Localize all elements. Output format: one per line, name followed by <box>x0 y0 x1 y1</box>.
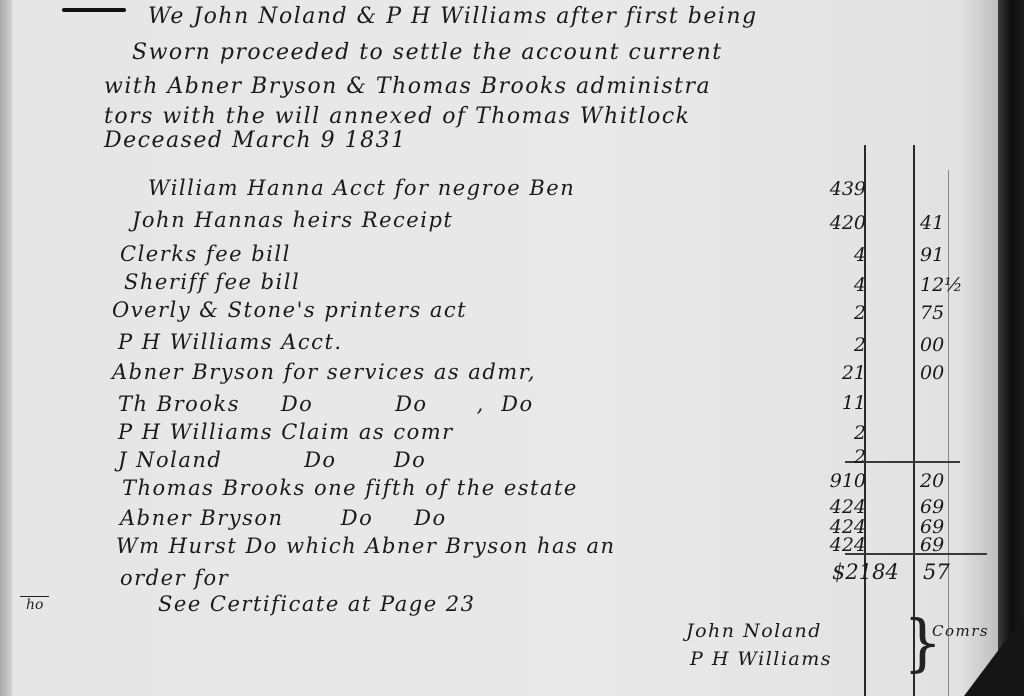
ledger-cents-3: 91 <box>920 244 960 266</box>
ledger-dollars-7: 21 <box>822 362 866 384</box>
ledger-cents-12: 69 <box>920 496 960 518</box>
book-spine <box>998 0 1024 696</box>
ledger-dollars-3: 4 <box>822 244 866 266</box>
ledger-total-dollars: $2184 <box>832 560 899 584</box>
ledger-dollars-2: 420 <box>822 212 866 234</box>
ledger-item-9: P H Williams Claim as comr <box>118 420 454 444</box>
ledger-dollars-1: 439 <box>822 178 866 200</box>
ledger-item-14: order for <box>120 566 229 590</box>
page-corner-shadow <box>964 616 1024 696</box>
signature-john-noland: John Noland <box>686 620 822 642</box>
ledger-dollars-5: 2 <box>822 302 866 324</box>
ledger-item-12: Abner Bryson Do Do <box>120 506 447 530</box>
intro-line-5: Deceased March 9 1831 <box>104 128 407 153</box>
page-left-edge <box>0 0 12 696</box>
ledger-dollars-9: 2 <box>822 422 866 444</box>
ledger-item-5: Overly & Stone's printers act <box>112 298 467 322</box>
ledger-page: We John Noland & P H Williams after firs… <box>0 0 1000 696</box>
ledger-dollars-12: 424 <box>822 496 866 518</box>
ledger-item-11: Thomas Brooks one fifth of the estate <box>122 476 578 500</box>
margin-note: ho <box>20 596 49 613</box>
ledger-dollars-14: 424 <box>822 534 866 556</box>
ledger-item-4: Sheriff fee bill <box>124 270 300 294</box>
intro-line-2: Sworn proceeded to settle the account cu… <box>132 40 723 65</box>
ledger-cents-2: 41 <box>920 212 960 234</box>
ledger-dollars-4: 4 <box>822 274 866 296</box>
ledger-total-cents: 57 <box>923 560 950 584</box>
signature-brace: } <box>903 612 933 682</box>
ledger-item-2: John Hannas heirs Receipt <box>132 208 453 232</box>
margin-dash-mark <box>62 8 126 12</box>
ledger-item-13: Wm Hurst Do which Abner Bryson has an <box>116 534 616 558</box>
ledger-item-10: J Noland Do Do <box>118 448 426 472</box>
intro-line-3: with Abner Bryson & Thomas Brooks admini… <box>104 74 711 99</box>
ledger-cents-7: 00 <box>920 362 960 384</box>
ledger-dollars-8: 11 <box>822 392 866 414</box>
ledger-item-7: Abner Bryson for services as admr, <box>112 360 536 384</box>
ledger-dollars-10: 2 <box>822 446 866 468</box>
ledger-item-3: Clerks fee bill <box>120 242 291 266</box>
ledger-cents-14: 69 <box>920 534 960 556</box>
ledger-item-8: Th Brooks Do Do , Do <box>118 392 534 416</box>
ledger-cents-5: 75 <box>920 302 960 324</box>
ledger-dollars-6: 2 <box>822 334 866 356</box>
ledger-cents-11: 20 <box>920 470 960 492</box>
ledger-cents-6: 00 <box>920 334 960 356</box>
intro-line-1: We John Noland & P H Williams after firs… <box>148 4 758 29</box>
signature-ph-williams: P H Williams <box>690 648 832 670</box>
certificate-reference: See Certificate at Page 23 <box>158 592 476 616</box>
intro-line-4: tors with the will annexed of Thomas Whi… <box>104 104 691 129</box>
ledger-item-6: P H Williams Acct. <box>118 330 343 354</box>
total-rule <box>845 553 987 555</box>
ledger-item-1: William Hanna Acct for negroe Ben <box>148 176 575 200</box>
ledger-cents-4: 12½ <box>920 274 960 296</box>
ledger-dollars-11: 910 <box>822 470 866 492</box>
